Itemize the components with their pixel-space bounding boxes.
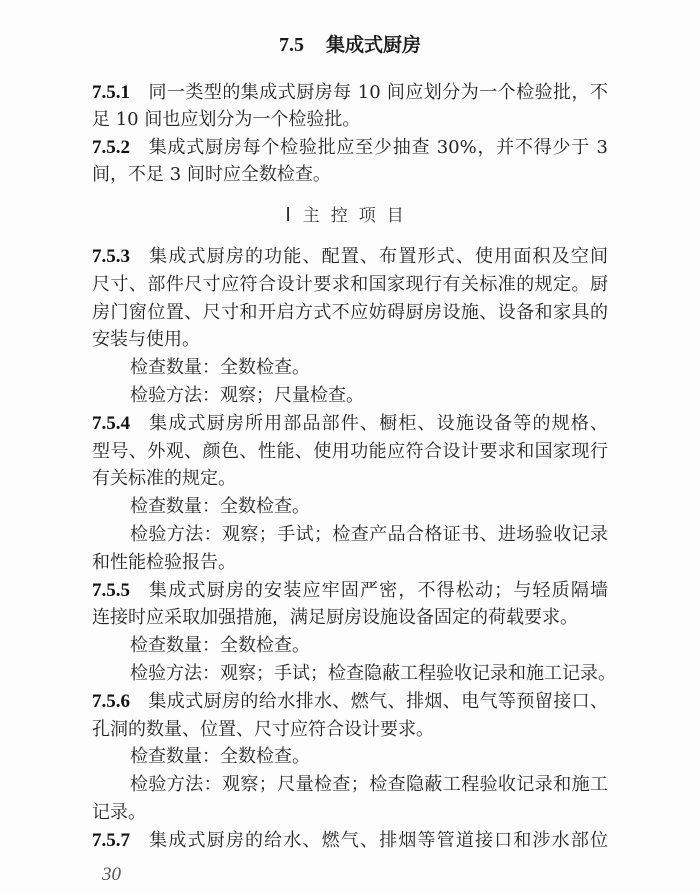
inspection-quantity: 检查数量：全数检查。: [130, 355, 608, 381]
clause-line: 型号、外观、颜色、性能、使用功能应符合设计要求和国家现行: [92, 439, 608, 465]
clause-text: 安装与使用。: [92, 329, 200, 350]
clause-text: 足 10 间也应划分为一个检验批。: [92, 109, 360, 130]
inspection-method: 检验方法：观察；手试；检查产品合格证书、进场验收记录: [130, 522, 608, 548]
clause-line: 7.5.3集成式厨房的功能、配置、布置形式、使用面积及空间: [92, 244, 608, 270]
clause-line: 孔洞的数量、位置、尺寸应符合设计要求。: [92, 717, 608, 743]
clause-line: 和性能检验报告。: [92, 550, 608, 576]
page-number: 30: [102, 864, 121, 886]
inspection-quantity: 检查数量：全数检查。: [130, 633, 608, 659]
inspection-method: 检验方法：观察；手试；检查隐蔽工程验收记录和施工记录。: [130, 661, 608, 687]
clause-text: 有关标准的规定。: [92, 468, 236, 489]
clause-text: 集成式厨房每个检验批应至少抽查 30%，并不得少于 3: [148, 137, 608, 158]
clause-line: 7.5.1同一类型的集成式厨房每 10 间应划分为一个检验批，不: [92, 80, 608, 106]
inspection-quantity: 检查数量：全数检查。: [130, 494, 608, 520]
subsection-heading: Ⅰ主控项目: [0, 201, 700, 227]
clause-text: 记录。: [92, 802, 146, 823]
clause-text: 间，不足 3 间时应全数检查。: [92, 164, 331, 185]
clause-text: 尺寸、部件尺寸应符合设计要求和国家现行有关标准的规定。厨: [92, 274, 608, 295]
clause-text: 检验方法：观察；尺量检查；检查隐蔽工程验收记录和施工: [130, 774, 608, 795]
clause-number: 7.5.3: [92, 246, 130, 267]
section-title-text: 集成式厨房: [326, 34, 421, 56]
clause-line: 记录。: [92, 800, 608, 826]
clause-text: 集成式厨房的给水、燃气、排烟等管道接口和涉水部位: [148, 830, 608, 851]
clause-text: 集成式厨房的给水排水、燃气、排烟、电气等预留接口、: [148, 691, 608, 712]
clause-line: 有关标准的规定。: [92, 466, 608, 492]
clause-text: 集成式厨房所用部品部件、橱柜、设施设备等的规格、: [148, 413, 608, 434]
clause-text: 检查数量：全数检查。: [130, 635, 310, 656]
clause-text: 检验方法：观察；手试；检查隐蔽工程验收记录和施工记录。: [130, 663, 616, 684]
clause-text: 集成式厨房的安装应牢固严密，不得松动；与轻质隔墙: [148, 580, 608, 601]
clause-line: 安装与使用。: [92, 327, 608, 353]
clause-text: 检验方法：观察；尺量检查。: [130, 385, 364, 406]
section-number: 7.5: [279, 34, 304, 56]
section-title: 7.5集成式厨房: [0, 30, 700, 57]
clause-text: 检查数量：全数检查。: [130, 496, 310, 517]
clause-text: 房门窗位置、尺寸和开启方式不应妨碍厨房设施、设备和家具的: [92, 302, 608, 323]
clause-line: 连接时应采取加强措施，满足厨房设施设备固定的荷载要求。: [92, 605, 608, 631]
clause-line: 7.5.7集成式厨房的给水、燃气、排烟等管道接口和涉水部位: [92, 828, 608, 854]
subsection-title: 主控项目: [303, 206, 415, 226]
subsection-roman: Ⅰ: [285, 205, 291, 226]
clause-line: 尺寸、部件尺寸应符合设计要求和国家现行有关标准的规定。厨: [92, 272, 608, 298]
inspection-method: 检验方法：观察；尺量检查；检查隐蔽工程验收记录和施工: [130, 772, 608, 798]
clause-number: 7.5.6: [92, 691, 130, 712]
clause-line: 7.5.4集成式厨房所用部品部件、橱柜、设施设备等的规格、: [92, 411, 608, 437]
clause-text: 连接时应采取加强措施，满足厨房设施设备固定的荷载要求。: [92, 607, 578, 628]
inspection-method: 检验方法：观察；尺量检查。: [130, 383, 608, 409]
clause-text: 型号、外观、颜色、性能、使用功能应符合设计要求和国家现行: [92, 441, 608, 462]
clause-text: 同一类型的集成式厨房每 10 间应划分为一个检验批，不: [148, 82, 608, 103]
clause-line: 间，不足 3 间时应全数检查。: [92, 162, 608, 188]
clause-line: 7.5.5集成式厨房的安装应牢固严密，不得松动；与轻质隔墙: [92, 578, 608, 604]
clause-number: 7.5.7: [92, 830, 130, 851]
clause-number: 7.5.4: [92, 413, 130, 434]
clause-text: 孔洞的数量、位置、尺寸应符合设计要求。: [92, 719, 434, 740]
clause-line: 7.5.6集成式厨房的给水排水、燃气、排烟、电气等预留接口、: [92, 689, 608, 715]
clause-text: 检查数量：全数检查。: [130, 746, 310, 767]
clause-number: 7.5.1: [92, 82, 130, 103]
clause-line: 房门窗位置、尺寸和开启方式不应妨碍厨房设施、设备和家具的: [92, 300, 608, 326]
clause-number: 7.5.2: [92, 137, 130, 158]
clause-text: 检查数量：全数检查。: [130, 357, 310, 378]
clause-text: 和性能检验报告。: [92, 552, 236, 573]
clause-number: 7.5.5: [92, 580, 130, 601]
clause-line: 足 10 间也应划分为一个检验批。: [92, 107, 608, 133]
document-page: 7.5集成式厨房 7.5.1同一类型的集成式厨房每 10 间应划分为一个检验批，…: [0, 0, 700, 893]
inspection-quantity: 检查数量：全数检查。: [130, 744, 608, 770]
clause-text: 检验方法：观察；手试；检查产品合格证书、进场验收记录: [130, 524, 608, 545]
clause-line: 7.5.2集成式厨房每个检验批应至少抽查 30%，并不得少于 3: [92, 135, 608, 161]
clause-text: 集成式厨房的功能、配置、布置形式、使用面积及空间: [148, 246, 608, 267]
